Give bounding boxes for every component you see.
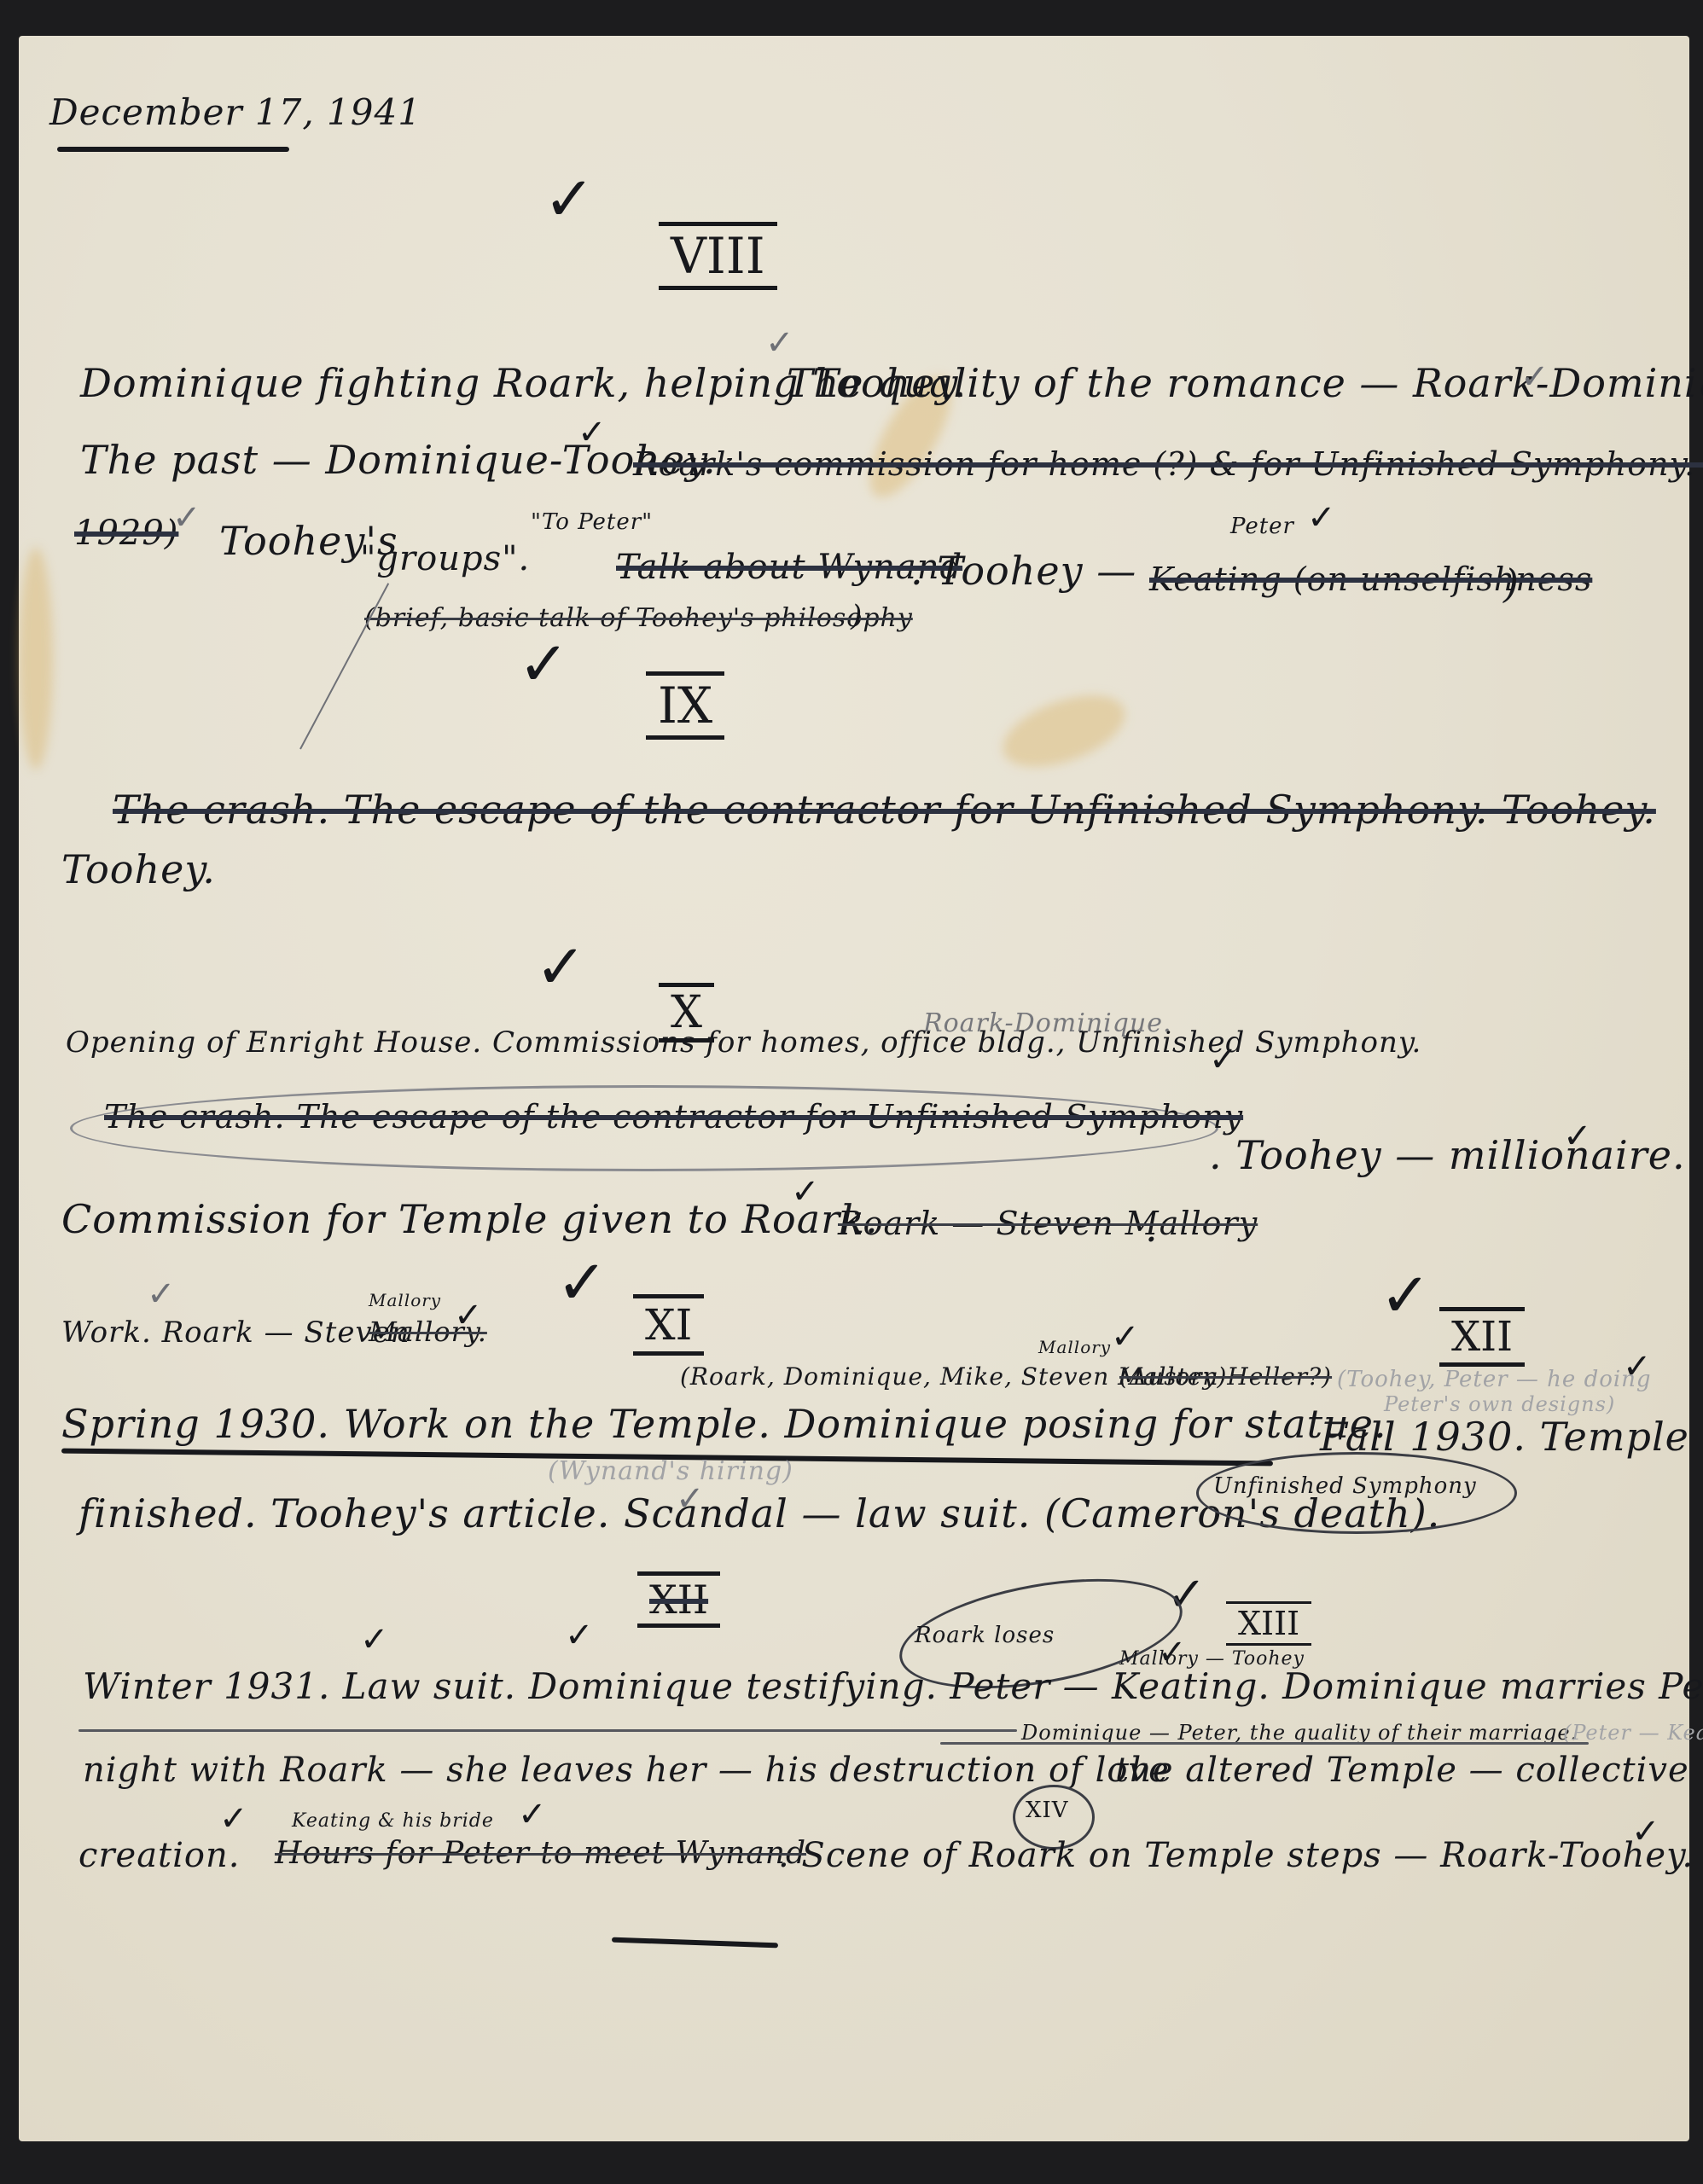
struck-text: (brief, basic talk of Toohey's philosoph… bbox=[364, 603, 913, 633]
text-line: Commission for Temple given to Roark. bbox=[61, 1196, 879, 1242]
underline bbox=[940, 1742, 1589, 1745]
checkmark-icon: ✓ bbox=[1380, 1264, 1431, 1326]
struck-chapter-numeral: XII bbox=[637, 1571, 720, 1628]
text-line: Work. Roark — Steven bbox=[61, 1316, 410, 1350]
struck-text: Keating (on unselfishness bbox=[1149, 561, 1592, 598]
checkmark-icon: ✓ bbox=[535, 936, 586, 997]
checkmark-icon: ✓ bbox=[765, 326, 794, 360]
checkmark-icon: ✓ bbox=[360, 1623, 389, 1657]
chapter-numeral-ix: IX bbox=[646, 671, 724, 740]
struck-text: The crash. The escape of the contractor … bbox=[104, 1098, 1243, 1136]
text-line: creation. bbox=[78, 1836, 240, 1875]
text-line: Spring 1930. Work on the Temple. Dominiq… bbox=[61, 1401, 1387, 1447]
checkmark-icon: ✓ bbox=[543, 168, 595, 229]
text-line: . Toohey — bbox=[910, 548, 1136, 594]
text-line: ) bbox=[851, 599, 863, 633]
marginal-note: (Peter — Keating) bbox=[1563, 1721, 1703, 1745]
stain bbox=[994, 681, 1135, 781]
chapter-numeral-xiii: XIII bbox=[1226, 1601, 1311, 1646]
stain bbox=[19, 548, 53, 770]
text-line: night with Roark — she leaves her — his … bbox=[83, 1751, 1170, 1790]
chapter-numeral-viii: VIII bbox=[659, 222, 777, 290]
struck-text: Roark's commission for home (?) & for Un… bbox=[633, 445, 1703, 483]
end-rule bbox=[612, 1937, 778, 1949]
text-line: The quality of the romance — Roark-Domin… bbox=[787, 360, 1703, 406]
checkmark-icon: ✓ bbox=[791, 1175, 820, 1209]
checkmark-icon: ✓ bbox=[518, 633, 569, 694]
checkmark-icon: ✓ bbox=[1520, 360, 1549, 394]
chapter-numeral-xii: XII bbox=[1439, 1307, 1525, 1367]
checkmark-icon: ✓ bbox=[172, 501, 201, 535]
text-line: Winter 1931. Law suit. Dominique testify… bbox=[83, 1665, 1703, 1707]
checkmark-icon: ✓ bbox=[147, 1277, 176, 1311]
checkmark-icon: ✓ bbox=[578, 415, 607, 450]
checkmark-icon: ✓ bbox=[1307, 501, 1336, 535]
insertion-text: "To Peter" bbox=[531, 509, 653, 535]
marginal-note: Peter's own designs) bbox=[1384, 1392, 1615, 1416]
arrow-icon bbox=[299, 583, 389, 749]
chapter-numeral-xiv: XIV bbox=[1026, 1798, 1069, 1823]
checkmark-icon: ✓ bbox=[1563, 1119, 1592, 1153]
insertion-text: Peter bbox=[1230, 514, 1294, 539]
checkmark-icon: ✓ bbox=[1111, 1320, 1140, 1354]
chapter-numeral-xi: XI bbox=[633, 1294, 704, 1356]
underline bbox=[78, 1729, 1017, 1732]
checkmark-icon: ✓ bbox=[1209, 1043, 1238, 1077]
date-heading: December 17, 1941 bbox=[49, 91, 421, 133]
date-underline bbox=[57, 147, 289, 152]
checkmark-icon: ✓ bbox=[454, 1298, 483, 1333]
checkmark-icon: ✓ bbox=[1623, 1350, 1652, 1384]
text-line: . Toohey — millionaire. bbox=[1209, 1132, 1686, 1178]
insertion-text: Roark loses bbox=[915, 1623, 1055, 1648]
checkmark-icon: ✓ bbox=[556, 1252, 607, 1313]
checkmark-icon: ✓ bbox=[518, 1798, 547, 1832]
text-line: . bbox=[1145, 1205, 1159, 1251]
marginal-note: (Wynand's hiring) bbox=[548, 1456, 793, 1486]
insertion-text: Keating & his bride bbox=[292, 1810, 494, 1832]
manuscript-page: December 17, 1941 ✓ VIII Dominique fight… bbox=[19, 36, 1689, 2141]
struck-text: The crash. The escape of the contractor … bbox=[113, 787, 1656, 833]
text-line: . Scene of Roark on Temple steps — Roark… bbox=[778, 1836, 1694, 1875]
checkmark-icon: ✓ bbox=[1631, 1815, 1660, 1849]
insertion-text: Dominique — Peter, the quality of their … bbox=[1021, 1721, 1578, 1745]
text-line: the altered Temple — collective bbox=[1115, 1751, 1689, 1790]
text-line: Toohey. bbox=[61, 846, 216, 892]
circled-text: Unfinished Symphony bbox=[1213, 1473, 1477, 1499]
insertion-text: Mallory bbox=[369, 1290, 441, 1310]
text-line: "groups". bbox=[360, 539, 530, 578]
marginal-note: (Toohey, Peter — he doing bbox=[1337, 1367, 1652, 1392]
struck-text: 1929) bbox=[74, 514, 178, 553]
insertion-text: Mallory bbox=[1038, 1337, 1111, 1357]
checkmark-icon: ✓ bbox=[565, 1618, 594, 1653]
struck-text: Roark — Steven Mallory bbox=[838, 1205, 1258, 1242]
text-line: The past — Dominique-Toohey. bbox=[80, 437, 717, 483]
checkmark-icon: ✓ bbox=[676, 1482, 705, 1516]
text-line: ) bbox=[1503, 561, 1520, 607]
struck-text: (Austen Heller?) bbox=[1119, 1362, 1332, 1391]
checkmark-icon: ✓ bbox=[219, 1802, 248, 1836]
struck-text: Hours for Peter to meet Wynand bbox=[275, 1836, 806, 1871]
checkmark-icon: ✓ bbox=[1158, 1635, 1187, 1670]
